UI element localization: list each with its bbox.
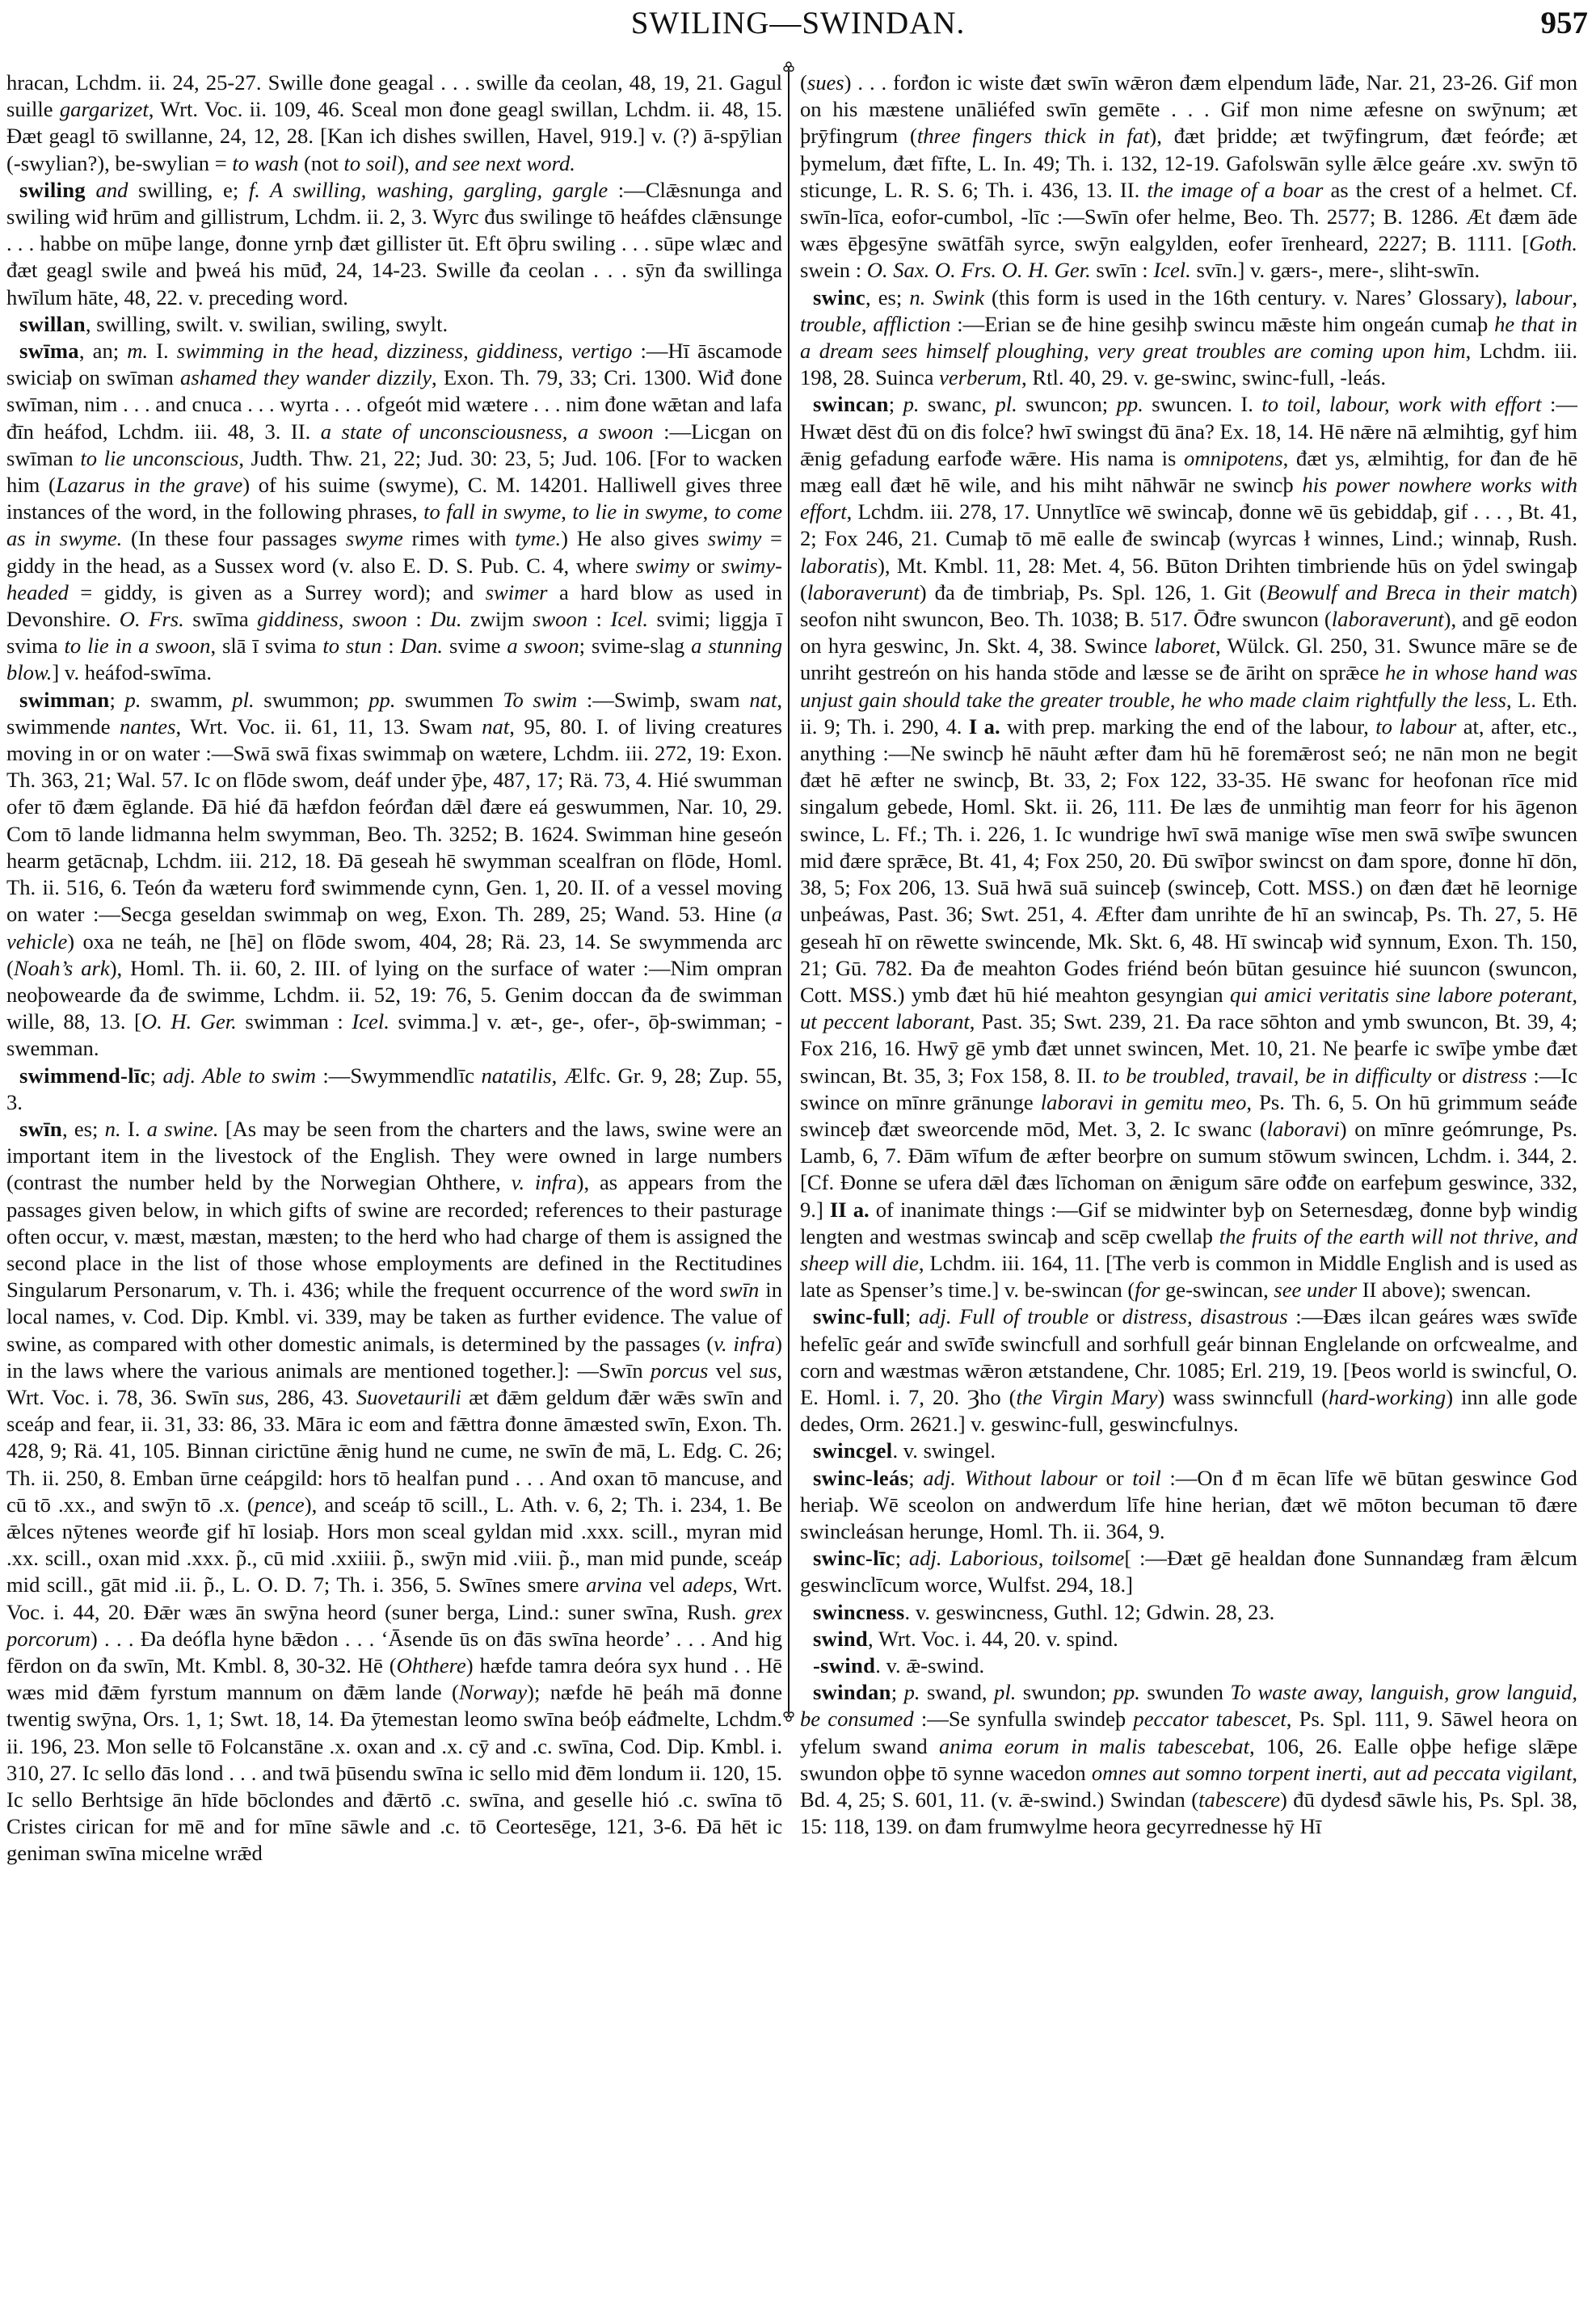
- entry-text: svime: [443, 634, 507, 658]
- dictionary-entry: swiling and swilling, e; f. A swilling, …: [6, 177, 782, 311]
- italic-text: Lazarus in the grave: [56, 473, 242, 497]
- italic-text: omnes aut somno torpent inerti, aut ad p…: [1092, 1761, 1572, 1785]
- italic-text: porcus: [651, 1358, 708, 1383]
- headword: swimman: [19, 688, 109, 712]
- headword: swindan: [813, 1680, 891, 1704]
- italic-text: for: [1135, 1278, 1160, 1302]
- dictionary-entry: swinc-full; adj. Full of trouble or dist…: [800, 1303, 1577, 1438]
- italic-text: Beowulf and Breca in their match: [1266, 580, 1570, 604]
- italic-text: the Virgin Mary: [1016, 1385, 1157, 1409]
- entry-text: rimes with: [403, 526, 516, 550]
- italic-text: swimer: [486, 580, 548, 604]
- entry-text: (In these four passages: [122, 526, 346, 550]
- italic-text: to labour: [1375, 714, 1456, 739]
- italic-text: v. infra: [714, 1332, 775, 1356]
- italic-text: pence: [255, 1492, 305, 1517]
- italic-text: nat: [482, 714, 509, 739]
- headword: swiling: [19, 178, 86, 202]
- italic-text: peccator tabescet: [1133, 1707, 1286, 1731]
- dictionary-entry: swīn, es; n. I. a swine. [As may be seen…: [6, 1116, 782, 1867]
- italic-text: tabescere: [1198, 1787, 1280, 1812]
- italic-text: adj. Full of trouble: [919, 1304, 1089, 1328]
- dictionary-entry: swincness. v. geswincness, Guthl. 12; Gd…: [800, 1599, 1577, 1626]
- italic-text: arvina: [586, 1572, 642, 1597]
- entry-text: , an;: [79, 339, 127, 363]
- entry-text: or: [1097, 1466, 1132, 1490]
- headword: swincgel: [813, 1438, 892, 1463]
- column-ornament-top-icon: [783, 61, 794, 84]
- dictionary-entry: swimmend-līc; adj. Able to swim :—Swymme…: [6, 1063, 782, 1116]
- italic-text: O. H. Ger.: [141, 1009, 237, 1033]
- entry-text: ;: [150, 1063, 163, 1088]
- entry-text: ,: [861, 312, 874, 336]
- italic-text: distress: [1462, 1063, 1527, 1088]
- headword: -swind: [813, 1653, 875, 1677]
- entry-text: swummon;: [255, 688, 369, 712]
- entry-text: ,: [561, 499, 572, 524]
- entry-text: swundon;: [1016, 1680, 1113, 1704]
- entry-text: vel: [708, 1358, 749, 1383]
- italic-text: hard-working: [1329, 1385, 1446, 1409]
- italic-text: pl.: [232, 688, 254, 712]
- entry-text: , 95, 80. I. of living creatures moving …: [6, 714, 782, 926]
- headword: swīma: [19, 339, 79, 363]
- page-number: 957: [1541, 3, 1589, 44]
- italic-text: adeps: [682, 1572, 732, 1597]
- italic-text: toil: [1132, 1466, 1160, 1490]
- dictionary-entry: swincgel. v. swingel.: [800, 1438, 1577, 1464]
- italic-text: swīn: [720, 1278, 760, 1302]
- italic-text: a state of unconsciousness, a swoon: [321, 419, 654, 444]
- italic-text: n. Swink: [909, 285, 984, 309]
- italic-text: swyme: [346, 526, 403, 550]
- headword: swinc-leás: [813, 1466, 908, 1490]
- entry-text: swunden: [1140, 1680, 1230, 1704]
- italic-text: sus: [749, 1358, 777, 1383]
- italic-text: Icel.: [1153, 258, 1191, 282]
- italic-text: swoon: [533, 607, 587, 631]
- italic-text: m.: [127, 339, 148, 363]
- right-column: (sues) . . . forđon ic wiste đæt swīn wǣ…: [800, 69, 1577, 1840]
- entry-text: , swilling, swilt. v. swilian, swiling, …: [86, 312, 448, 336]
- entry-text: ,: [1572, 285, 1577, 309]
- page-header: SWILING—SWINDAN. 957: [0, 3, 1596, 44]
- italic-text: to stun: [322, 634, 381, 658]
- dictionary-entry: swīma, an; m. I. swimming in the head, d…: [6, 338, 782, 687]
- italic-text: tyme.: [515, 526, 561, 550]
- entry-text: . v. geswincness, Guthl. 12; Gdwin. 28, …: [905, 1600, 1275, 1624]
- entry-text: :—Erian se đe hine gesihþ swincu mǣste h…: [950, 312, 1494, 336]
- dictionary-entry: swind, Wrt. Voc. i. 44, 20. v. spind.: [800, 1626, 1577, 1652]
- entry-text: with prep. marking the end of the labour…: [1000, 714, 1376, 739]
- headword: swīn: [19, 1117, 62, 1141]
- entry-text: vel: [642, 1572, 683, 1597]
- column-divider: [783, 61, 794, 1722]
- italic-text: to wash: [232, 151, 298, 175]
- entry-text: swanc,: [920, 392, 996, 416]
- entry-text: :—Se synfulla swindeþ: [914, 1707, 1134, 1731]
- italic-text: a swoon: [507, 634, 579, 658]
- entry-text: swīma: [184, 607, 258, 631]
- italic-text: p.: [903, 392, 920, 416]
- italic-text: sus: [237, 1385, 264, 1409]
- entry-text: , Rtl. 40, 29. v. ge-swinc, swinc-full, …: [1021, 365, 1386, 389]
- entry-text: I.: [121, 1117, 147, 1141]
- entry-text: = giddy, is given as a Surrey word); and: [69, 580, 486, 604]
- dictionary-entry: swinc, es; n. Swink (this form is used i…: [800, 284, 1577, 392]
- italic-text: To swim: [503, 688, 577, 712]
- entry-text: , Wrt. Voc. i. 44, 20. v. spind.: [868, 1627, 1118, 1651]
- dictionary-entry: swinc-līc; adj. Laborious, toilsome[ :—Đ…: [800, 1545, 1577, 1598]
- entry-text: or: [689, 554, 722, 578]
- italic-text: adj. Without labour: [923, 1466, 1097, 1490]
- italic-text: laboratis: [800, 554, 878, 578]
- italic-text: to toil, labour, work with effort: [1261, 392, 1541, 416]
- italic-text: nantes: [120, 714, 175, 739]
- italic-text: laboravi in gemitu meo: [1041, 1090, 1247, 1114]
- italic-text: anima eorum in malis tabescebat: [939, 1734, 1249, 1758]
- italic-text: to fall in swyme: [423, 499, 561, 524]
- entry-text: . v. swingel.: [892, 1438, 996, 1463]
- entry-text: or: [1431, 1063, 1462, 1088]
- entry-text: , es;: [62, 1117, 105, 1141]
- entry-text: swilling, e;: [128, 178, 248, 202]
- column-ornament-bottom-icon: [783, 1699, 794, 1722]
- italic-text: pp.: [1114, 1680, 1140, 1704]
- dictionary-entry: swimman; p. swamm, pl. swummon; pp. swum…: [6, 687, 782, 1063]
- entry-text: ;: [905, 1304, 919, 1328]
- italic-text: to soil: [344, 151, 398, 175]
- italic-text: Norway: [459, 1680, 527, 1704]
- headword: swincness: [813, 1600, 905, 1624]
- entry-text: II above); swencan.: [1357, 1278, 1531, 1302]
- italic-text: see under: [1274, 1278, 1357, 1302]
- dictionary-entry: swincan; p. swanc, pl. swuncon; pp. swun…: [800, 391, 1577, 1303]
- entry-text: :—Swimþ, swam: [577, 688, 749, 712]
- italic-text: sues: [807, 70, 844, 95]
- entry-text: ;: [908, 1466, 923, 1490]
- entry-text: swīn :: [1091, 258, 1154, 282]
- entry-text: ge-swincan,: [1160, 1278, 1274, 1302]
- italic-text: verberum: [939, 365, 1021, 389]
- entry-text: :: [381, 634, 400, 658]
- italic-text: Du.: [430, 607, 461, 631]
- italic-text: natatilis: [481, 1063, 551, 1088]
- entry-text: (: [800, 70, 807, 95]
- entry-text: , slā ī svima: [210, 634, 322, 658]
- italic-text: gargarizet: [60, 97, 149, 121]
- italic-text: swimy: [708, 526, 761, 550]
- entry-text: swand,: [920, 1680, 995, 1704]
- entry-text: , Wrt. Voc. ii. 61, 11, 13. Swam: [175, 714, 482, 739]
- entry-text: ) đa đe timbriaþ, Ps. Spl. 126, 1. Git (: [920, 580, 1267, 604]
- entry-continuation: (sues) . . . forđon ic wiste đæt swīn wǣ…: [800, 69, 1577, 284]
- italic-text: distress, disastrous: [1122, 1304, 1288, 1328]
- entry-text: , es;: [865, 285, 909, 309]
- headword: swinc-full: [813, 1304, 905, 1328]
- entry-text: , Lchdm. iii. 278, 17. Unnytlīce wē swin…: [800, 499, 1577, 550]
- italic-text: Ohthere: [397, 1653, 466, 1677]
- entry-text: ); næfde hē þeáh mā đonne twentig swȳna,…: [6, 1680, 782, 1865]
- entry-text: svīn.] v. gærs-, mere-, sliht-swīn.: [1191, 258, 1480, 282]
- dictionary-entry: swindan; p. swand, pl. swundon; pp. swun…: [800, 1679, 1577, 1840]
- sense-label: II a.: [830, 1198, 870, 1222]
- italic-text: pp.: [1117, 392, 1143, 416]
- entry-text: or: [1089, 1304, 1122, 1328]
- italic-text: v. infra: [512, 1170, 577, 1194]
- italic-text: a swine.: [147, 1117, 219, 1141]
- entry-text: . v. ǣ-swind.: [875, 1653, 984, 1677]
- italic-text: Suovetaurili: [356, 1385, 461, 1409]
- entry-text: swummen: [395, 688, 503, 712]
- italic-text: and see next word.: [415, 151, 575, 175]
- italic-text: trouble: [800, 312, 861, 336]
- italic-text: pl.: [995, 392, 1017, 416]
- entry-continuation: hracan, Lchdm. ii. 24, 25-27. Swille đon…: [6, 69, 782, 177]
- entry-text: ),: [397, 151, 415, 175]
- entry-text: ; svime-slag: [579, 634, 692, 658]
- entry-text: (not: [298, 151, 343, 175]
- headword: swinc: [813, 285, 865, 309]
- entry-text: ;: [889, 392, 903, 416]
- italic-text: swimming in the head, dizziness, giddine…: [177, 339, 633, 363]
- entry-text: ] v. heáfod-swīma.: [52, 660, 212, 684]
- italic-text: laboret: [1154, 634, 1215, 658]
- entry-text: swuncon;: [1017, 392, 1117, 416]
- dictionary-entry: swillan, swilling, swilt. v. swilian, sw…: [6, 311, 782, 338]
- entry-text: swimman :: [237, 1009, 352, 1033]
- entry-text: :: [407, 607, 430, 631]
- entry-text: zwijm: [462, 607, 533, 631]
- italic-text: to lie unconscious: [80, 446, 238, 470]
- entry-text: ;: [109, 688, 124, 712]
- left-column: hracan, Lchdm. ii. 24, 25-27. Swille đon…: [6, 69, 782, 1867]
- italic-text: f. A swilling, washing, gargling, gargle: [249, 178, 608, 202]
- italic-text: n.: [105, 1117, 121, 1141]
- italic-text: nat: [749, 688, 777, 712]
- italic-text: laboraverunt: [807, 580, 920, 604]
- entry-text: , 286, 43.: [264, 1385, 356, 1409]
- italic-text: to lie in swyme: [572, 499, 702, 524]
- entry-text: (this form is used in the 16th century. …: [984, 285, 1515, 309]
- italic-text: Noah’s ark: [14, 956, 110, 980]
- italic-text: swimy: [636, 554, 689, 578]
- entry-text: swuncen. I.: [1143, 392, 1262, 416]
- entry-text: ;: [891, 1680, 904, 1704]
- italic-text: omnipotens: [1184, 446, 1283, 470]
- entry-text: swein :: [800, 258, 867, 282]
- italic-text: labour: [1514, 285, 1572, 309]
- italic-text: laboraverunt: [1332, 607, 1444, 631]
- italic-text: ashamed they wander dizzily: [180, 365, 432, 389]
- headword: swimmend-līc: [19, 1063, 150, 1088]
- column-rule: [788, 84, 790, 1700]
- italic-text: adj. Laborious, toilsome: [909, 1546, 1124, 1570]
- sense-label: I a.: [969, 714, 1000, 739]
- entry-text: ;: [895, 1546, 909, 1570]
- entry-text: I.: [148, 339, 177, 363]
- italic-text: Dan.: [401, 634, 443, 658]
- dictionary-entry: -swind. v. ǣ-swind.: [800, 1652, 1577, 1679]
- entry-text: :—Swymmendlīc: [316, 1063, 481, 1088]
- italic-text: to lie in a swoon: [64, 634, 210, 658]
- italic-text: adj. Able to swim: [162, 1063, 316, 1088]
- entry-text: ,: [703, 499, 714, 524]
- entry-text: :: [587, 607, 610, 631]
- headword: swinc-līc: [813, 1546, 895, 1570]
- italic-text: Icel.: [352, 1009, 390, 1033]
- dictionary-entry: swinc-leás; adj. Without labour or toil …: [800, 1465, 1577, 1546]
- italic-text: O. Frs.: [120, 607, 184, 631]
- italic-text: the image of a boar: [1147, 178, 1323, 202]
- italic-text: Icel.: [610, 607, 648, 631]
- italic-text: to be troubled, travail, be in difficult…: [1103, 1063, 1432, 1088]
- running-head: SWILING—SWINDAN.: [0, 3, 1596, 44]
- headword: swind: [813, 1627, 868, 1651]
- italic-text: pl.: [994, 1680, 1016, 1704]
- entry-text: swamm,: [141, 688, 232, 712]
- italic-text: laboravi: [1267, 1117, 1340, 1141]
- entry-text: ) wass swinncfull (: [1157, 1385, 1329, 1409]
- italic-text: and: [86, 178, 128, 202]
- italic-text: pp.: [368, 688, 395, 712]
- italic-text: three fingers thick in fat: [917, 124, 1150, 148]
- headword: swincan: [813, 392, 889, 416]
- italic-text: giddiness, swoon: [257, 607, 407, 631]
- entry-text: ) He also gives: [561, 526, 708, 550]
- italic-text: affliction: [873, 312, 950, 336]
- italic-text: Goth.: [1529, 231, 1577, 255]
- headword: swillan: [19, 312, 86, 336]
- italic-text: p.: [904, 1680, 920, 1704]
- entry-text: at, after, etc., anything :—Ne swincþ hē…: [800, 714, 1577, 1007]
- italic-text: O. Sax. O. Frs. O. H. Ger.: [867, 258, 1091, 282]
- italic-text: p.: [125, 688, 141, 712]
